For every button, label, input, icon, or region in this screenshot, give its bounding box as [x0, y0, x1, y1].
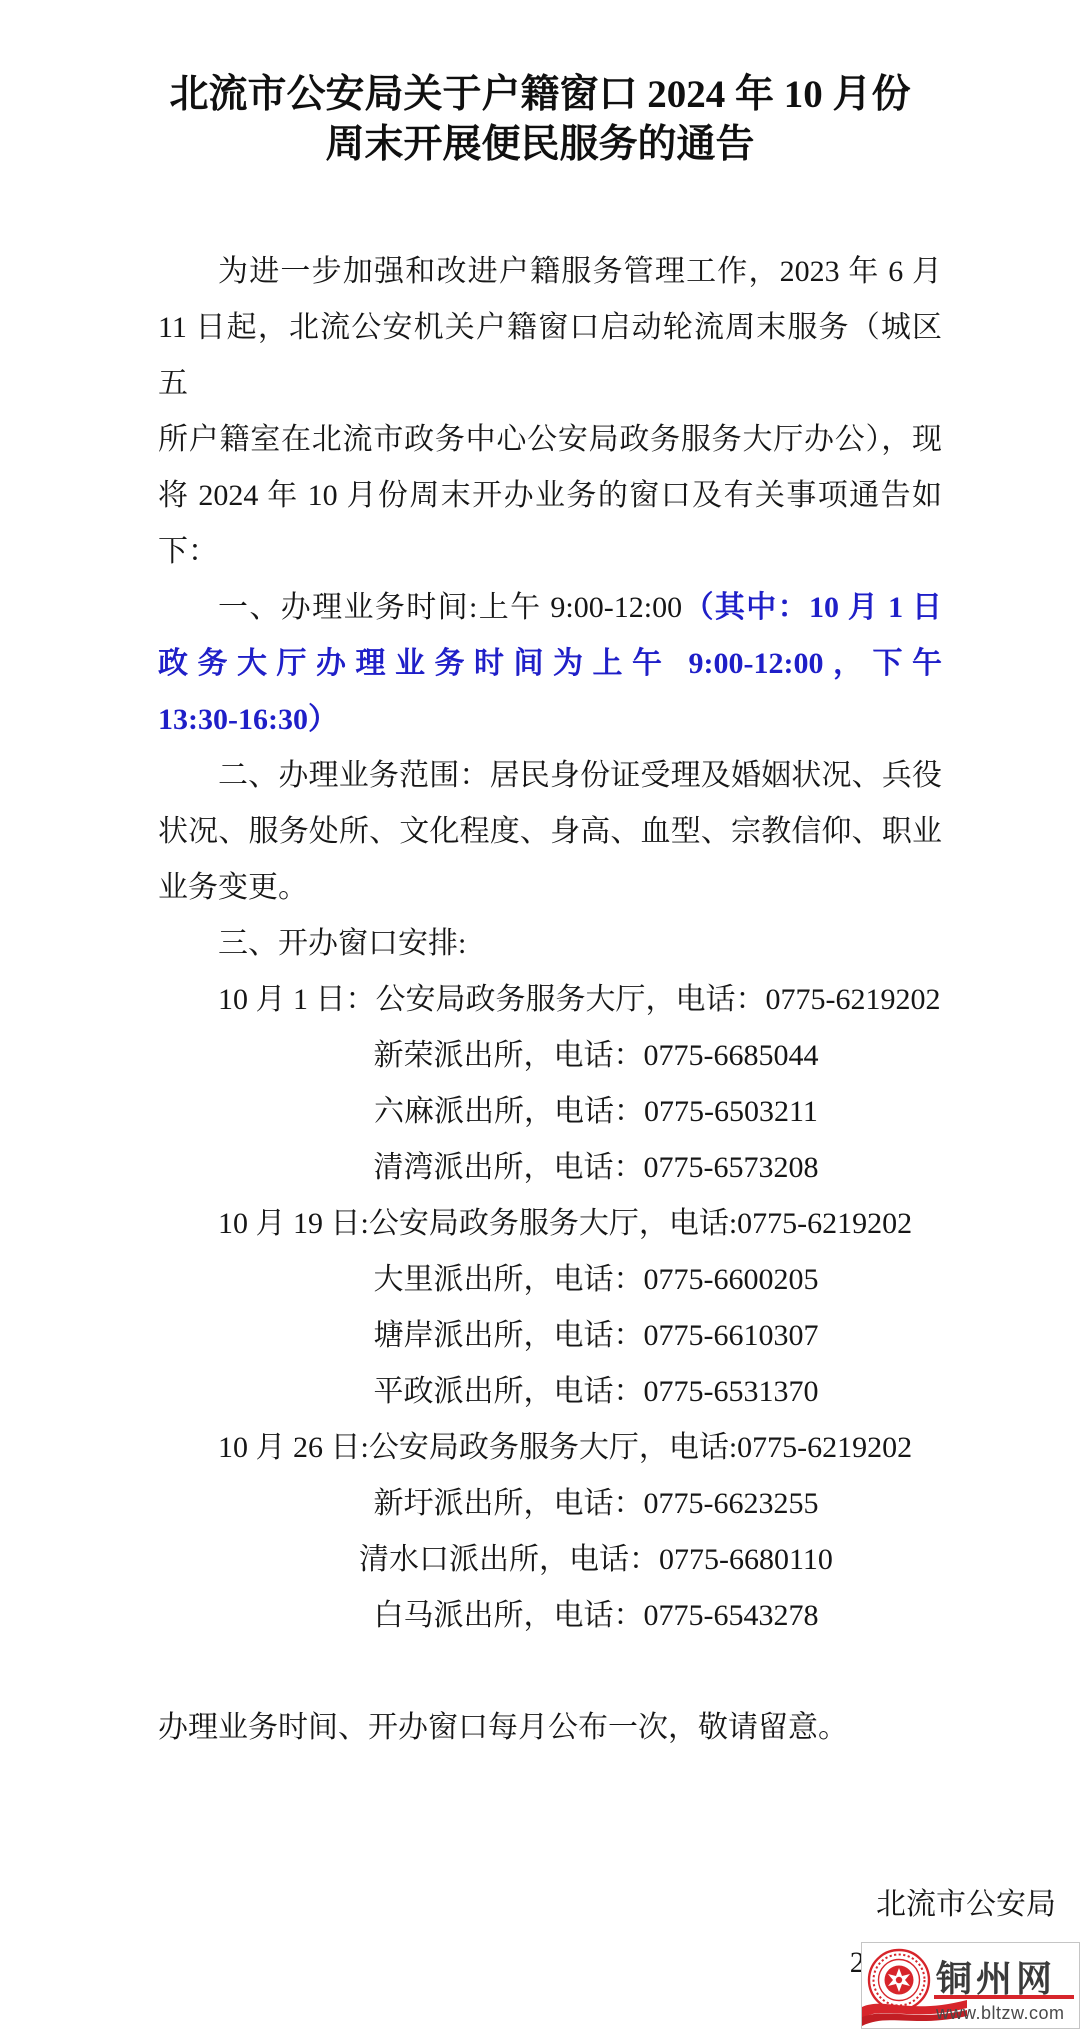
schedule-station-row: 白马派出所，电话：0775-6543278 — [158, 1588, 942, 1644]
title-line-1: 北流市公安局关于户籍窗口 2024 年 10 月份 — [0, 70, 1080, 120]
document-title: 北流市公安局关于户籍窗口 2024 年 10 月份 周末开展便民服务的通告 — [0, 0, 1080, 170]
schedule-station-row: 清湾派出所，电话：0775-6573208 — [158, 1140, 942, 1196]
signature-org: 北流市公安局 — [806, 1876, 1080, 1934]
tongzhou-watermark: 铜州网 www.bltzw.com — [861, 1942, 1080, 2029]
intro-line: 为进一步加强和改进户籍服务管理工作，2023 年 6 月 — [158, 244, 942, 300]
item1-highlight-start: （其中：10 月 1 日 — [682, 591, 942, 624]
intro-line: 11 日起，北流公安机关户籍窗口启动轮流周末服务（城区五 — [158, 300, 942, 412]
item2-line: 状况、服务处所、文化程度、身高、血型、宗教信仰、职业 — [158, 804, 942, 860]
item-3-window-schedule: 三、开办窗口安排: 10 月 1 日：公安局政务服务大厅，电话：0775-621… — [158, 916, 942, 1644]
schedule-date-row: 10 月 1 日：公安局政务服务大厅，电话：0775-6219202 — [158, 972, 942, 1028]
schedule-station-row: 平政派出所，电话：0775-6531370 — [158, 1364, 942, 1420]
item2-line: 二、办理业务范围：居民身份证受理及婚姻状况、兵役 — [158, 748, 942, 804]
intro-line: 所户籍室在北流市政务中心公安局政务服务大厅办公），现 — [158, 412, 942, 468]
item1-highlight-end: 13:30-16:30） — [158, 692, 942, 748]
logo-divider — [934, 1995, 1074, 1999]
notice-document-page: 北流市公安局关于户籍窗口 2024 年 10 月份 周末开展便民服务的通告 为进… — [0, 0, 1080, 2029]
intro-line: 下： — [158, 524, 942, 580]
item1-highlight-line: 政务大厅办理业务时间为上午 9:00-12:00，下午 — [158, 636, 942, 692]
intro-line: 将 2024 年 10 月份周末开办业务的窗口及有关事项通告如 — [158, 468, 942, 524]
schedule-station-row: 新荣派出所，电话：0775-6685044 — [158, 1028, 942, 1084]
intro-paragraph: 为进一步加强和改进户籍服务管理工作，2023 年 6 月 11 日起，北流公安机… — [158, 244, 942, 580]
title-line-2: 周末开展便民服务的通告 — [0, 120, 1080, 170]
schedule-date-row: 10 月 26 日:公安局政务服务大厅，电话:0775-6219202 — [158, 1420, 942, 1476]
schedule-station-row: 大里派出所，电话：0775-6600205 — [158, 1252, 942, 1308]
schedule-station-row: 塘岸派出所，电话：0775-6610307 — [158, 1308, 942, 1364]
schedule-station-row: 新圩派出所，电话：0775-6623255 — [158, 1476, 942, 1532]
item2-line: 业务变更。 — [158, 860, 942, 916]
schedule-station-row: 清水口派出所，电话：0775-6680110 — [158, 1532, 942, 1588]
item-2-business-scope: 二、办理业务范围：居民身份证受理及婚姻状况、兵役 状况、服务处所、文化程度、身高… — [158, 748, 942, 916]
item1-time-text: 一、办理业务时间:上午 9:00-12:00 — [218, 591, 682, 624]
schedule-date-row: 10 月 19 日:公安局政务服务大厅，电话:0775-6219202 — [158, 1196, 942, 1252]
item-1-business-hours: 一、办理业务时间:上午 9:00-12:00（其中：10 月 1 日 政务大厅办… — [158, 580, 942, 748]
closing-note: 办理业务时间、开办窗口每月公布一次，敬请留意。 — [158, 1700, 942, 1756]
item3-heading: 三、开办窗口安排: — [158, 916, 942, 972]
site-url: www.bltzw.com — [936, 2003, 1065, 2024]
document-body: 为进一步加强和改进户籍服务管理工作，2023 年 6 月 11 日起，北流公安机… — [158, 244, 942, 1992]
item1-line: 一、办理业务时间:上午 9:00-12:00（其中：10 月 1 日 — [158, 580, 942, 636]
schedule-station-row: 六麻派出所，电话：0775-6503211 — [158, 1084, 942, 1140]
